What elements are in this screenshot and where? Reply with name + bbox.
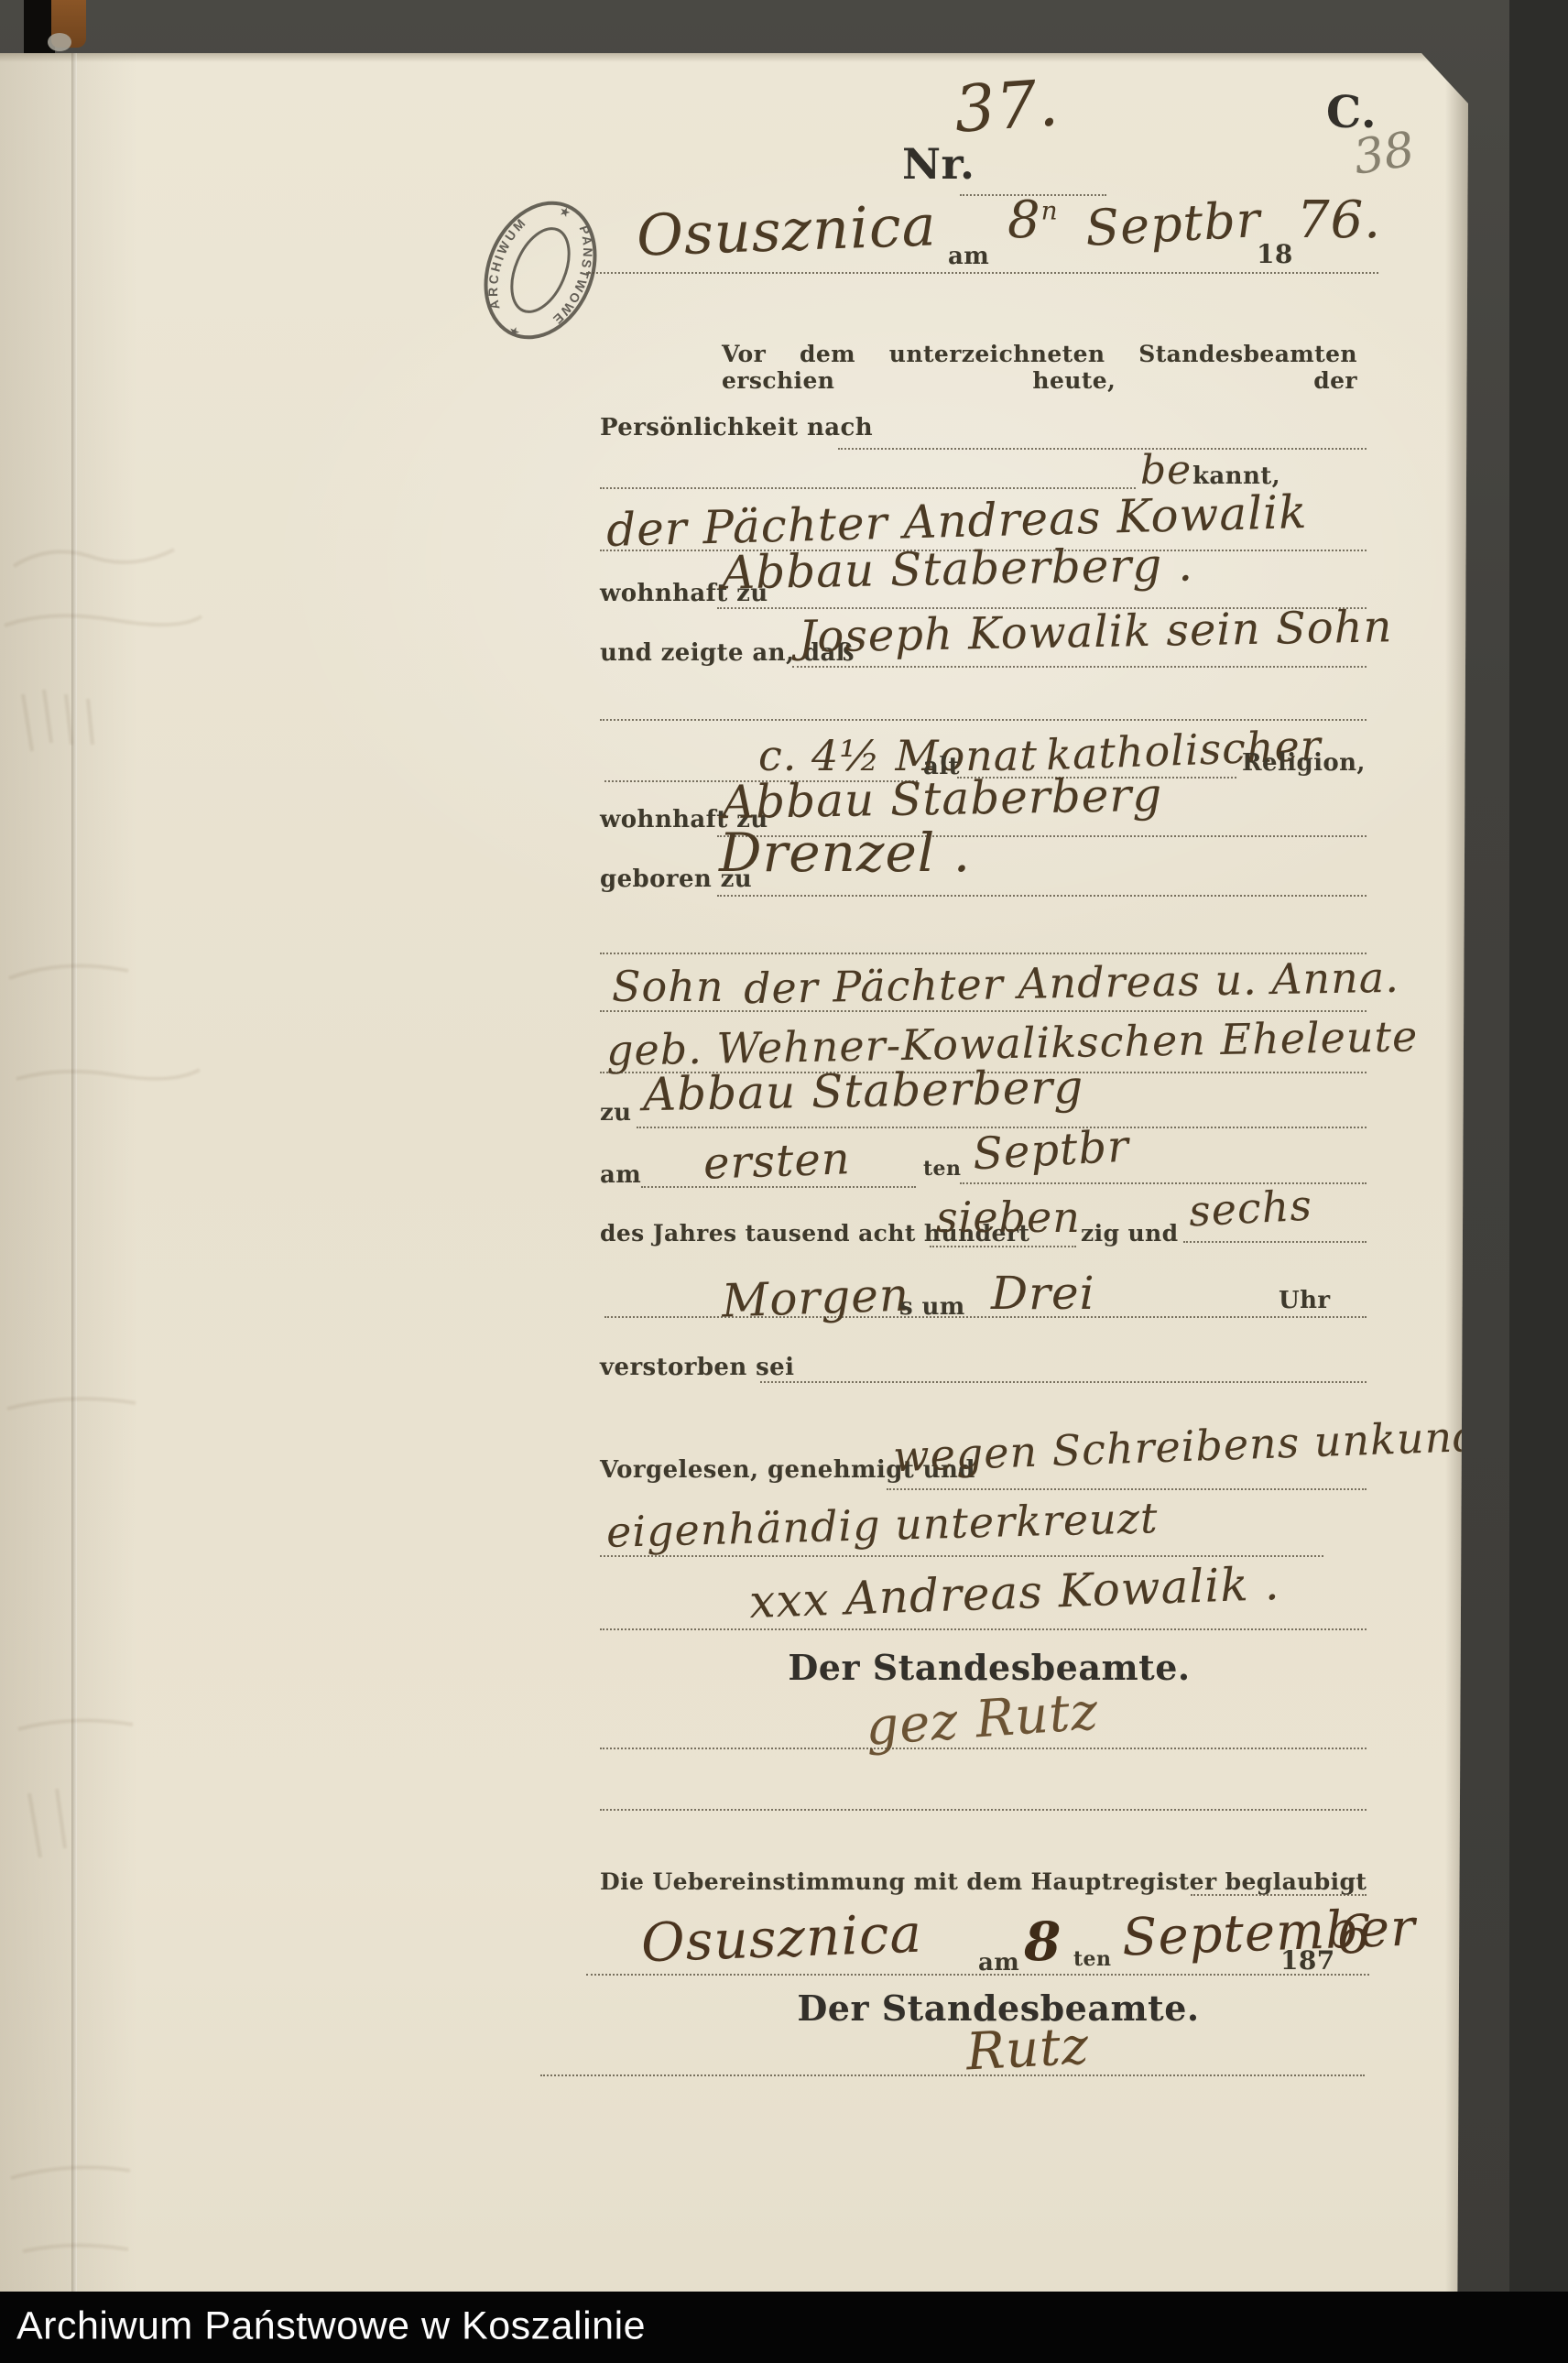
death-day-handwritten: ersten xyxy=(702,1133,851,1190)
archive-footer-label: Archiwum Państwowe w Koszalinie xyxy=(16,2304,646,2349)
stamp-text-right: PAŃSTWOWE xyxy=(538,219,611,332)
religion-label: Religion, xyxy=(1242,749,1366,777)
declarant-signature: xxx Andreas Kowalik . xyxy=(748,1557,1280,1628)
parents-line1-handwritten: der Pächter Andreas u. Anna. xyxy=(744,953,1400,1013)
record-number-value: 37. xyxy=(952,65,1062,147)
death-month-handwritten: Septbr xyxy=(972,1121,1131,1181)
cert-place-handwritten: Osusznica xyxy=(640,1902,923,1975)
residence1-handwritten: Abbau Staberberg . xyxy=(722,539,1194,600)
dotted-line xyxy=(1191,1894,1367,1896)
stamp-text-left: ARCHIWUM xyxy=(471,211,539,316)
binding-debris xyxy=(48,33,71,51)
day-handwritten: 8n xyxy=(1007,191,1059,250)
certification-label: Die Uebereinstimmung mit dem Hauptregist… xyxy=(600,1868,1367,1895)
archive-footer-bar: Archiwum Państwowe w Koszalinie xyxy=(0,2292,1568,2363)
dotted-line xyxy=(838,448,1367,450)
day-suffix: n xyxy=(1041,195,1059,225)
dotted-line xyxy=(1183,1241,1367,1243)
daytime-handwritten: Morgen xyxy=(721,1268,910,1327)
cert-ten-label: ten xyxy=(1073,1947,1111,1971)
hour-handwritten: Drei xyxy=(991,1267,1095,1320)
closing-handwritten-1: wegen Schreibens unkund xyxy=(892,1411,1481,1481)
uhr-label: Uhr xyxy=(1279,1287,1330,1314)
archive-oval-stamp: ARCHIWUM PAŃSTWOWE ★ ★ xyxy=(443,163,637,377)
cert-month-handwritten: September xyxy=(1121,1898,1417,1967)
dotted-line xyxy=(760,1381,1367,1383)
document-scan: Nr. 37. C. 38 ARCHIWUM PAŃSTWOWE ★ ★ Osu… xyxy=(0,0,1568,2363)
decade-handwritten: sieben xyxy=(936,1192,1081,1242)
verstorben-label: verstorben sei xyxy=(600,1354,794,1381)
dotted-line xyxy=(930,1246,1076,1247)
cert-am-label: am xyxy=(978,1949,1019,1976)
registrar-heading-1: Der Standesbeamte. xyxy=(788,1647,1191,1688)
dotted-line xyxy=(717,895,1367,897)
backdrop-right-band xyxy=(1509,0,1568,2363)
zu-label: zu xyxy=(600,1099,631,1127)
dotted-line xyxy=(600,1628,1367,1630)
year-printed: 18 xyxy=(1257,239,1293,269)
dotted-line xyxy=(600,719,1367,721)
dotted-line xyxy=(540,2074,1365,2076)
deceased-handwritten: Joseph Kowalik sein Sohn xyxy=(799,601,1393,662)
place-handwritten: Osusznica xyxy=(636,191,938,268)
document-page: Nr. 37. C. 38 ARCHIWUM PAŃSTWOWE ★ ★ Osu… xyxy=(0,53,1471,2363)
cert-year-handwritten: 6 xyxy=(1337,1903,1372,1966)
pencil-folio-number: 38 xyxy=(1350,122,1419,186)
cert-day-handwritten: 8 xyxy=(1024,1911,1062,1973)
dotted-line xyxy=(792,666,1367,668)
month-handwritten: Septbr xyxy=(1083,191,1262,257)
ten-label: ten xyxy=(923,1157,961,1181)
svg-text:PAŃSTWOWE: PAŃSTWOWE xyxy=(538,219,611,332)
dotted-line xyxy=(586,1974,1369,1976)
registrar-signature-2: Rutz xyxy=(964,2017,1090,2083)
day-number: 8 xyxy=(1007,191,1041,250)
dotted-line xyxy=(887,1488,1367,1490)
residence2-handwritten: Abbau Staberberg xyxy=(722,768,1163,829)
page-fold-crease xyxy=(71,53,77,2363)
dotted-line xyxy=(600,1809,1367,1811)
dotted-line xyxy=(586,272,1378,274)
cert-year-printed: 187 xyxy=(1280,1945,1335,1976)
am2-label: am xyxy=(600,1161,641,1189)
bekannt-handwritten: be xyxy=(1140,447,1192,494)
dotted-line xyxy=(600,1010,1367,1012)
am-label: am xyxy=(948,243,989,270)
dotted-line xyxy=(600,1748,1367,1749)
svg-text:ARCHIWUM: ARCHIWUM xyxy=(471,211,539,316)
intro-line: Vor dem unterzeichneten Standesbeamten e… xyxy=(722,341,1357,394)
dotted-line xyxy=(600,1555,1323,1557)
dotted-line xyxy=(641,1186,916,1188)
zig-und-label: zig und xyxy=(1081,1220,1179,1247)
closing-handwritten-2: eigenhändig unterkreuzt xyxy=(605,1493,1159,1557)
stamp-star-top-icon: ★ xyxy=(558,204,572,220)
personality-label: Persönlichkeit nach xyxy=(600,414,873,441)
registrar-signature-1: gez Rutz xyxy=(864,1682,1100,1758)
birthplace-handwritten: Drenzel . xyxy=(719,822,971,884)
unit-handwritten: sechs xyxy=(1188,1181,1313,1236)
dotted-line xyxy=(604,1316,1367,1318)
residence3-handwritten: Abbau Staberberg xyxy=(643,1061,1084,1121)
son-handwritten: Sohn xyxy=(612,962,724,1011)
dotted-line xyxy=(600,487,1136,489)
year-handwritten: 76. xyxy=(1297,191,1381,250)
